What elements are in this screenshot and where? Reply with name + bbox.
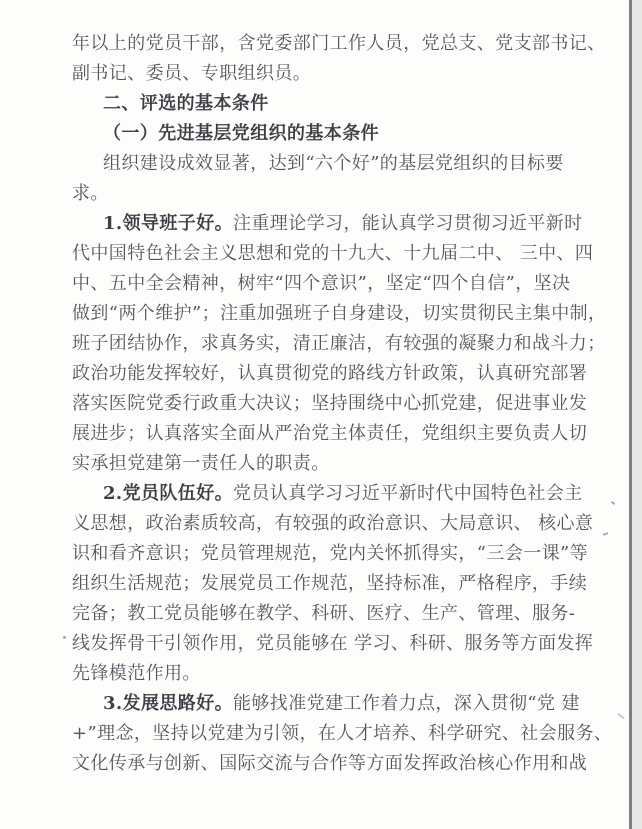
scanned-document-page: 年以上的党员干部，含党委部门工作人员，党总支、党支部书记、副书记、委员、专职组织…	[0, 0, 642, 829]
text-segment: 识和看齐意识；党员管理规范，党内关怀抓得实，“三会一课”等	[72, 543, 588, 564]
text-line: 代中国特色社会主义思想和党的十九大、十九届二中、 三中、四	[72, 239, 612, 269]
heading-segment: 3.发展思路好。	[103, 693, 233, 714]
text-segment: 年以上的党员干部，含党委部门工作人员，党总支、党支部书记、	[72, 33, 606, 54]
text-segment: 代中国特色社会主义思想和党的十九大、十九届二中、 三中、四	[72, 243, 593, 264]
text-segment: 求。	[72, 183, 109, 204]
text-line: 副书记、委员、专职组织员。	[72, 59, 612, 89]
text-line: 班子团结协作，求真务实，清正廉洁，有较强的凝聚力和战斗力；	[72, 329, 612, 359]
text-line: （一）先进基层党组织的基本条件	[72, 119, 612, 149]
text-line: 政治功能发挥较好，认真贯彻党的路线方针政策，认真研究部署	[72, 359, 612, 389]
text-line: 1.领导班子好。注重理论学习，能认真学习贯彻习近平新时	[72, 209, 612, 239]
text-line: 文化传承与创新、国际交流与合作等方面发挥政治核心作用和战	[72, 749, 612, 779]
scan-speck	[617, 713, 625, 719]
text-segment: 班子团结协作，求真务实，清正廉洁，有较强的凝聚力和战斗力；	[72, 333, 606, 354]
text-line: 二、评选的基本条件	[72, 89, 612, 119]
heading-segment: 2.党员队伍好。	[103, 483, 233, 504]
heading-segment: 1.领导班子好。	[103, 213, 233, 234]
text-segment: 副书记、委员、专职组织员。	[72, 63, 311, 84]
text-line: 组织生活规范；发展党员工作规范，坚持标准，严格程序，手续	[72, 569, 612, 599]
text-segment: 落实医院党委行政重大决议；坚持围绕中心抓党建，促进事业发	[72, 393, 587, 414]
text-segment: 先锋模范作用。	[72, 663, 201, 684]
text-segment: 党员认真学习习近平新时代中国特色社会主	[233, 483, 583, 504]
text-segment: 做到“两个维护”；注重加强班子自身建设，切实贯彻民主集中制，	[72, 303, 606, 324]
text-segment: 义思想，政治素质较高，有较强的政治意识、大局意识、 核心意	[72, 513, 593, 534]
text-segment: 中、五中全会精神，树牢“四个意识”，坚定“四个自信”，坚决	[72, 273, 570, 294]
text-segment: 完备；教工党员能够在教学、科研、医疗、生产、管理、服务-	[72, 603, 575, 624]
text-line: 3.发展思路好。能够找准党建工作着力点，深入贯彻“党 建	[72, 689, 612, 719]
text-segment: 注重理论学习，能认真学习贯彻习近平新时	[233, 213, 583, 234]
text-segment: 展进步；认真落实全面从严治党主体责任，党组织主要负责人切	[72, 423, 587, 444]
text-line: 完备；教工党员能够在教学、科研、医疗、生产、管理、服务-	[72, 599, 612, 629]
text-line: 2.党员队伍好。党员认真学习习近平新时代中国特色社会主	[72, 479, 612, 509]
text-line: +”理念，坚持以党建为引领，在人才培养、科学研究、社会服务、	[72, 719, 612, 749]
text-segment: 政治功能发挥较好，认真贯彻党的路线方针政策，认真研究部署	[72, 363, 587, 384]
text-line: 年以上的党员干部，含党委部门工作人员，党总支、党支部书记、	[72, 29, 612, 59]
text-segment: 能够找准党建工作着力点，深入贯彻“党 建	[233, 693, 580, 714]
text-line: 义思想，政治素质较高，有较强的政治意识、大局意识、 核心意	[72, 509, 612, 539]
text-line: 做到“两个维护”；注重加强班子自身建设，切实贯彻民主集中制，	[72, 299, 612, 329]
text-line: 识和看齐意识；党员管理规范，党内关怀抓得实，“三会一课”等	[72, 539, 612, 569]
scan-speck	[63, 636, 66, 639]
text-line: 落实医院党委行政重大决议；坚持围绕中心抓党建，促进事业发	[72, 389, 612, 419]
text-line: 组织建设成效显著，达到“六个好”的基层党组织的目标要	[72, 149, 612, 179]
text-segment: 组织建设成效显著，达到“六个好”的基层党组织的目标要	[103, 153, 564, 174]
text-line: 先锋模范作用。	[72, 659, 612, 689]
scan-background-strip	[632, 0, 642, 829]
text-segment: 线发挥骨干引领作用，党员能够在 学习、科研、服务等方面发挥	[72, 633, 593, 654]
heading-segment: 二、评选的基本条件	[103, 93, 269, 114]
text-line: 展进步；认真落实全面从严治党主体责任，党组织主要负责人切	[72, 419, 612, 449]
text-segment: +”理念，坚持以党建为引领，在人才培养、科学研究、社会服务、	[72, 723, 612, 744]
document-body: 年以上的党员干部，含党委部门工作人员，党总支、党支部书记、副书记、委员、专职组织…	[72, 29, 612, 779]
text-segment: 文化传承与创新、国际交流与合作等方面发挥政治核心作用和战	[72, 753, 587, 774]
text-line: 线发挥骨干引领作用，党员能够在 学习、科研、服务等方面发挥	[72, 629, 612, 659]
heading-segment: （一）先进基层党组织的基本条件	[103, 123, 379, 144]
text-segment: 组织生活规范；发展党员工作规范，坚持标准，严格程序，手续	[72, 573, 587, 594]
text-segment: 实承担党建第一责任人的职责。	[72, 453, 330, 474]
text-line: 中、五中全会精神，树牢“四个意识”，坚定“四个自信”，坚决	[72, 269, 612, 299]
text-line: 求。	[72, 179, 612, 209]
text-line: 实承担党建第一责任人的职责。	[72, 449, 612, 479]
